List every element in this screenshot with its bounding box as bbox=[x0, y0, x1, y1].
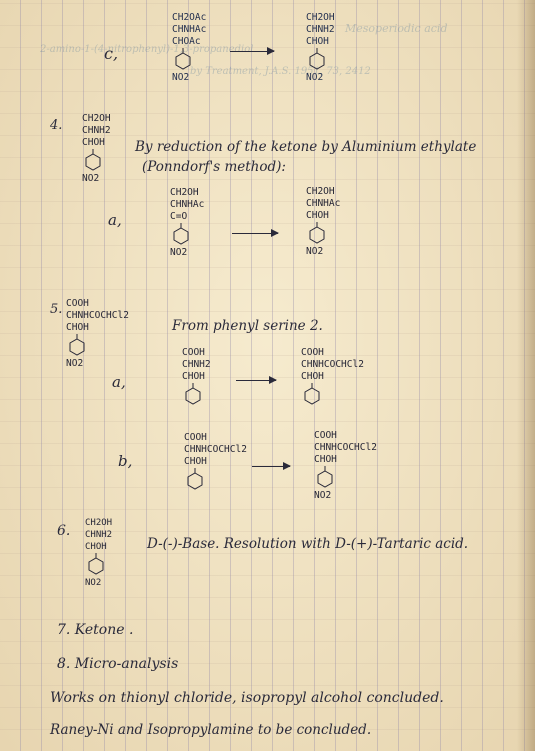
reactant-structure: COOH CHNHCOCHCl2 CHOH bbox=[184, 432, 247, 492]
formula-line: CH2OH bbox=[82, 113, 111, 125]
formula-line: CHOH bbox=[184, 456, 247, 468]
section-7-text: 7. Ketone . bbox=[57, 622, 133, 638]
formula-line: NO2 bbox=[170, 247, 204, 259]
formula-line: CHOH bbox=[306, 36, 335, 48]
formula-line: CHNH2 bbox=[85, 529, 112, 541]
method-text: By reduction of the ketone by Aluminium … bbox=[135, 139, 476, 155]
formula-line: CH2OH bbox=[306, 186, 340, 198]
product-structure: COOH CHNHCOCHCl2 CHOH bbox=[301, 347, 364, 407]
benzene-ring-icon bbox=[308, 222, 328, 246]
formula-line: CHNHCOCHCl2 bbox=[66, 310, 129, 322]
formula-line: NO2 bbox=[85, 577, 112, 589]
formula-line: C=O bbox=[170, 211, 204, 223]
product-structure: CH2OH CHNHAc CHOH NO2 bbox=[306, 186, 340, 258]
formula-line: CHNHCOCHCl2 bbox=[184, 444, 247, 456]
product-structure: COOH CHNHCOCHCl2 CHOH NO2 bbox=[314, 430, 377, 502]
formula-line: NO2 bbox=[314, 490, 377, 502]
section-8-text: 8. Micro-analysis bbox=[57, 656, 178, 672]
method-text: From phenyl serine 2. bbox=[172, 318, 323, 334]
note-line: Raney-Ni and Isopropylamine to be conclu… bbox=[50, 722, 371, 738]
page-edge-shadow bbox=[517, 0, 535, 751]
method-text: (Ponndorf's method): bbox=[142, 159, 286, 175]
formula-line: COOH bbox=[66, 298, 129, 310]
benzene-ring-icon bbox=[184, 383, 204, 407]
benzene-ring-icon bbox=[68, 334, 88, 358]
formula-line: CHOH bbox=[82, 137, 111, 149]
formula-line: CH2OAc bbox=[172, 12, 206, 24]
step-label: b, bbox=[118, 452, 132, 470]
formula-line: COOH bbox=[314, 430, 377, 442]
formula-line: COOH bbox=[182, 347, 211, 359]
formula-line: CHOH bbox=[182, 371, 211, 383]
target-structure: CH2OH CHNH2 CHOH NO2 bbox=[82, 113, 111, 185]
formula-line: CHOH bbox=[85, 541, 112, 553]
formula-line: CHOH bbox=[301, 371, 364, 383]
formula-line: CHNHAc bbox=[306, 198, 340, 210]
reaction-arrow-icon bbox=[252, 466, 290, 467]
step-label: a, bbox=[112, 373, 126, 391]
section-number: 5. bbox=[50, 302, 62, 317]
step-label: c, bbox=[104, 44, 118, 63]
formula-line: CHOAc bbox=[172, 36, 206, 48]
formula-line: CHNHAc bbox=[170, 199, 204, 211]
bleed-through-line: Mesoperiodic acid bbox=[345, 22, 448, 35]
formula-line: CHOH bbox=[306, 210, 340, 222]
reaction-arrow-icon bbox=[230, 51, 274, 52]
formula-line: COOH bbox=[301, 347, 364, 359]
reactant-structure: CH2OH CHNHAc C=O NO2 bbox=[170, 187, 204, 259]
formula-line: CHOH bbox=[66, 322, 129, 334]
bleed-through-line: 2-amino-1-(4-nitrophenyl)-1,3-propanedio… bbox=[40, 44, 253, 55]
benzene-ring-icon bbox=[174, 48, 194, 72]
reaction-arrow-icon bbox=[236, 380, 276, 381]
benzene-ring-icon bbox=[308, 48, 328, 72]
resolution-text: D-(-)-Base. Resolution with D-(+)-Tartar… bbox=[147, 536, 468, 552]
formula-line: CHNH2 bbox=[306, 24, 335, 36]
formula-line: CHNH2 bbox=[182, 359, 211, 371]
reactant-structure: CH2OAc CHNHAc CHOAc NO2 bbox=[172, 12, 206, 84]
benzene-ring-icon bbox=[84, 149, 104, 173]
reaction-arrow-icon bbox=[232, 233, 278, 234]
section-number: 6. bbox=[57, 523, 70, 539]
formula-line: CHNH2 bbox=[82, 125, 111, 137]
benzene-ring-icon bbox=[316, 466, 336, 490]
target-structure: CH2OH CHNH2 CHOH NO2 bbox=[85, 517, 112, 589]
product-structure: CH2OH CHNH2 CHOH NO2 bbox=[306, 12, 335, 84]
formula-line: COOH bbox=[184, 432, 247, 444]
section-number: 4. bbox=[50, 118, 62, 133]
formula-line: CHNHCOCHCl2 bbox=[301, 359, 364, 371]
note-line: Works on thionyl chloride, isopropyl alc… bbox=[50, 690, 444, 706]
benzene-ring-icon bbox=[303, 383, 323, 407]
reactant-structure: COOH CHNH2 CHOH bbox=[182, 347, 211, 407]
formula-line: NO2 bbox=[306, 72, 335, 84]
formula-line: NO2 bbox=[82, 173, 111, 185]
formula-line: CH2OH bbox=[170, 187, 204, 199]
formula-line: NO2 bbox=[172, 72, 206, 84]
formula-line: CHOH bbox=[314, 454, 377, 466]
notebook-page: Mesoperiodic acid 2-amino-1-(4-nitrophen… bbox=[0, 0, 535, 751]
formula-line: NO2 bbox=[66, 358, 129, 370]
bleed-through-line: by Treatment, J.A.S. 1951, 73, 2412 bbox=[190, 66, 371, 77]
target-structure: COOH CHNHCOCHCl2 CHOH NO2 bbox=[66, 298, 129, 370]
formula-line: CH2OH bbox=[306, 12, 335, 24]
benzene-ring-icon bbox=[186, 468, 206, 492]
benzene-ring-icon bbox=[172, 223, 192, 247]
formula-line: CHNHAc bbox=[172, 24, 206, 36]
step-label: a, bbox=[108, 211, 122, 229]
formula-line: NO2 bbox=[306, 246, 340, 258]
benzene-ring-icon bbox=[87, 553, 107, 577]
formula-line: CH2OH bbox=[85, 517, 112, 529]
formula-line: CHNHCOCHCl2 bbox=[314, 442, 377, 454]
